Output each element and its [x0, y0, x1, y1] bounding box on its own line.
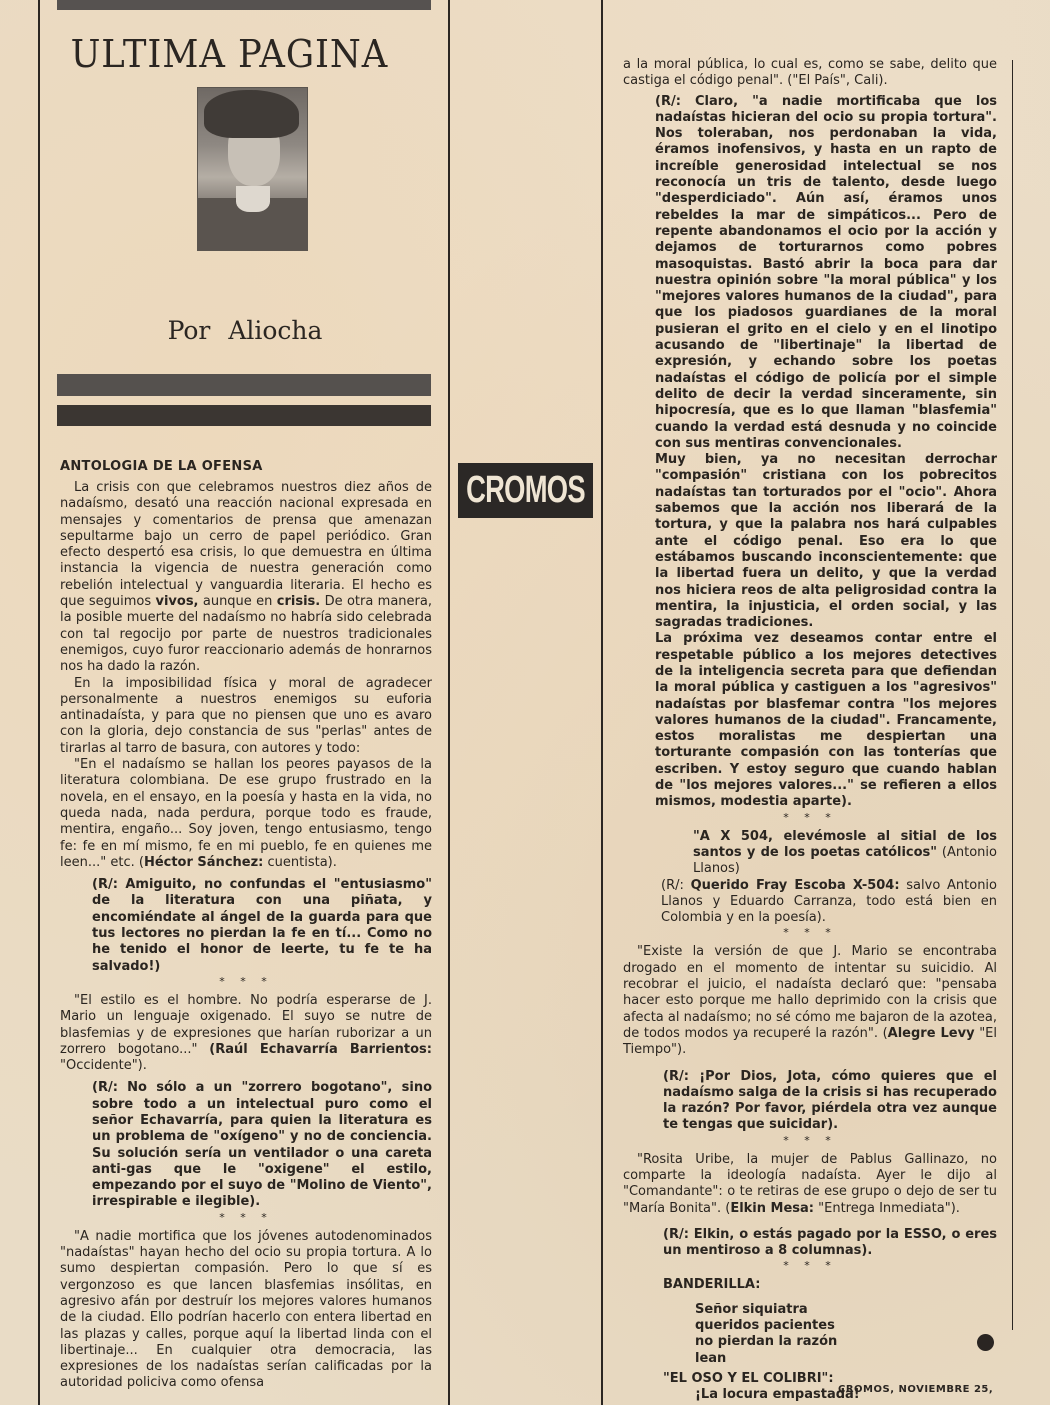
poem-line: lean [695, 1351, 997, 1367]
separator-stars: * * * [623, 926, 997, 940]
text: (R/: [661, 878, 691, 893]
byline: Por Aliocha [60, 316, 430, 345]
right-column: a la moral pública, lo cual es, como se … [623, 57, 997, 1404]
quote-author: Elkin Mesa: [730, 1201, 814, 1216]
quote-5: "Existe la versión de que J. Mario se en… [623, 944, 997, 1058]
left-column-right-rule [448, 0, 450, 1405]
reply-5: (R/: ¡Por Dios, Jota, cómo quieres que e… [663, 1069, 997, 1134]
quote-author: (Raúl Echavarría Barrientos: [209, 1042, 432, 1057]
portrait-hair [204, 90, 299, 138]
text: La crisis con que celebramos nuestros di… [60, 480, 432, 609]
divider-bar-1 [57, 374, 431, 396]
author-portrait [197, 87, 308, 251]
quote-1: "En el nadaísmo se hallan los peores pay… [60, 757, 432, 871]
poem: Señor siquiatra queridos pacientes no pi… [695, 1302, 997, 1367]
divider-bar-2 [57, 405, 431, 426]
text: cuentista). [263, 855, 337, 870]
paragraph-2: En la imposibilidad física y moral de ag… [60, 676, 432, 757]
reply-2: (R/: No sólo a un "zorrero bogotano", si… [92, 1080, 432, 1210]
intro-paragraph: La crisis con que celebramos nuestros di… [60, 480, 432, 676]
text: "Entrega Inmediata"). [814, 1201, 960, 1216]
separator-stars: * * * [623, 1259, 997, 1273]
emphasis: crisis. [277, 594, 320, 609]
separator-stars: * * * [60, 1211, 432, 1225]
separator-stars: * * * [623, 811, 997, 825]
left-border-rule [38, 0, 40, 1405]
separator-stars: * * * [60, 975, 432, 989]
poem-line: Señor siquiatra [695, 1302, 997, 1318]
text: aunque en [199, 594, 277, 609]
reply-3-part-3: La próxima vez deseamos contar entre el … [655, 631, 997, 810]
text: "Occidente"). [60, 1058, 147, 1073]
emphasis: vivos, [155, 594, 198, 609]
section-heading: ANTOLOGIA DE LA OFENSA [60, 459, 432, 474]
reply-6: (R/: Elkin, o estás pagado por la ESSO, … [663, 1227, 997, 1260]
quote-4: "A X 504, elevémosle al sitial de los sa… [693, 829, 997, 878]
text: "En el nadaísmo se hallan los peores pay… [60, 757, 432, 870]
portrait-shirt [236, 186, 270, 212]
quote-3: "A nadie mortifica que los jóvenes autod… [60, 1229, 432, 1392]
end-bullet-icon [977, 1334, 994, 1351]
quote-2: "El estilo es el hombre. No podría esper… [60, 993, 432, 1074]
reply-4: (R/: Querido Fray Escoba X-504: salvo An… [661, 878, 997, 927]
quote-3-continued: a la moral pública, lo cual es, como se … [623, 57, 997, 90]
right-edge-rule [1012, 60, 1013, 1330]
poem-line: queridos pacientes [695, 1318, 997, 1334]
page-title: ULTIMA PAGINA [62, 32, 397, 76]
poem-line: no pierdan la razón [695, 1334, 997, 1350]
quote-author: Héctor Sánchez: [144, 855, 263, 870]
reply-3: (R/: Claro, "a nadie mortificaba que los… [655, 94, 997, 453]
banderilla-label: BANDERILLA: [663, 1277, 997, 1293]
page-footer: CROMOS, NOVIEMBRE 25, [838, 1384, 993, 1395]
reply-1: (R/: Amiguito, no confundas el "entusias… [92, 877, 432, 975]
separator-stars: * * * [623, 1134, 997, 1148]
reply-3-part-2: Muy bien, ya no necesitan derrochar "com… [655, 452, 997, 631]
left-column: ANTOLOGIA DE LA OFENSA La crisis con que… [60, 459, 432, 1392]
top-bar [57, 0, 431, 10]
quote-author: Alegre Levy [888, 1026, 975, 1041]
center-right-rule [601, 0, 603, 1405]
emphasis: Querido Fray Escoba X-504: [691, 878, 900, 893]
quote-6: "Rosita Uribe, la mujer de Pablus Gallin… [623, 1152, 997, 1217]
cromos-logo: CROMOS [458, 463, 593, 518]
logo-text: CROMOS [466, 469, 585, 512]
